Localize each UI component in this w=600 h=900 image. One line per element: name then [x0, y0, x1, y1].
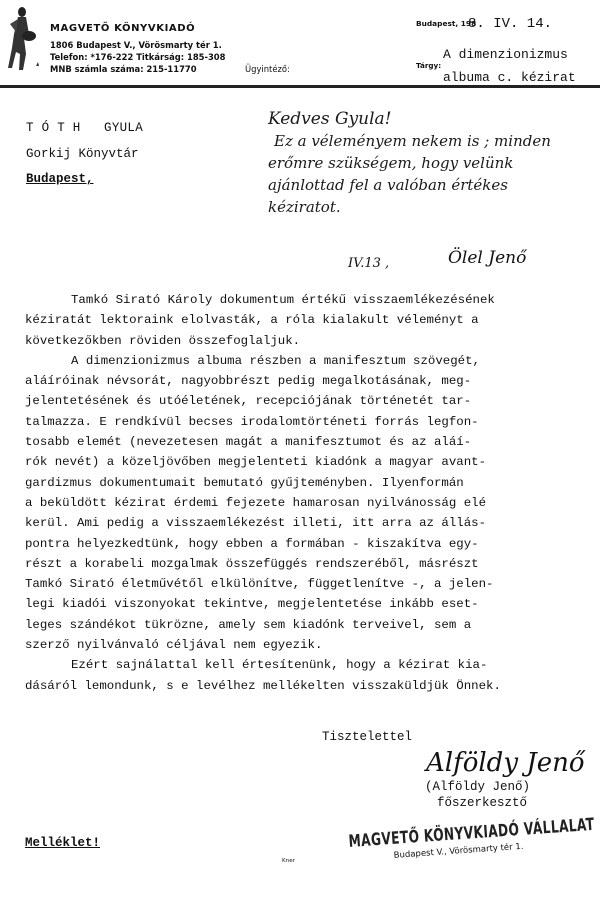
signer-title: főszerkesztő: [437, 796, 527, 810]
body-line: részt a korabeli mozgalmak összefüggés r…: [25, 554, 580, 574]
closing-salutation: Tisztelettel: [322, 730, 412, 744]
body-line: rók nevét) a közeljövőben megjelenteti k…: [25, 452, 580, 472]
body-paragraph: Ezért sajnálattal kell értesítenünk, hog…: [25, 655, 580, 696]
publisher-bank-account: MNB számla száma: 215-11770: [50, 64, 197, 74]
printer-mark: Kner: [282, 858, 295, 864]
body-line: szerző nyilvánvaló céljával nem egyezik.: [25, 635, 580, 655]
subject-line: albuma c. kézirat: [443, 70, 576, 85]
letterhead-divider: [0, 85, 600, 88]
recipient-name: T Ó T H GYULA: [26, 121, 143, 135]
body-paragraph: Tamkó Sirató Károly dokumentum értékű vi…: [25, 290, 580, 351]
note-line: ajánlottad fel a valóban értékes: [268, 174, 598, 196]
note-signature: Ölel Jenő: [448, 248, 526, 268]
publisher-stamp: MAGVETŐ KÖNYVKIADÓ VÁLLALAT Budapest V.,…: [348, 808, 600, 864]
handwritten-note: Kedves Gyula! Ez a véleményem nekem is ;…: [268, 108, 598, 218]
note-line: kéziratot.: [268, 196, 598, 218]
body-line: Tamkó Sirató Károly dokumentum értékű vi…: [71, 290, 580, 310]
recipient-city: Budapest,: [26, 172, 94, 186]
note-date: IV.13 ,: [348, 256, 389, 271]
case-officer-label: Ügyintéző:: [245, 64, 290, 74]
body-line: leges szándékot tükrözne, amely sem kiad…: [25, 615, 580, 635]
body-line: Tamkó Sirató életművétől elkülönítve, fü…: [25, 574, 580, 594]
enclosure-note: Melléklet!: [25, 836, 100, 850]
body-line: jelentetésének és utóéletének, recepciój…: [25, 391, 580, 411]
body-line: legi kiadói viszonyokat tekintve, megjel…: [25, 594, 580, 614]
body-line: dásáról lemondunk, s e levélhez mellékel…: [25, 676, 580, 696]
note-line: Ez a véleményem nekem is ; minden: [274, 130, 598, 152]
subject-line: A dimenzionizmus: [443, 47, 568, 62]
signer-name: (Alföldy Jenő): [425, 780, 530, 794]
publisher-name: MAGVETŐ KÖNYVKIADÓ: [50, 23, 195, 34]
recipient-organization: Gorkij Könyvtár: [26, 147, 139, 161]
publisher-phone: Telefon: *176-222 Titkárság: 185-308: [50, 52, 225, 62]
handwritten-signature: Alföldy Jenő: [426, 748, 585, 778]
subject-label: Tárgy:: [416, 61, 441, 70]
body-line: pontra helyezkedtünk, hogy ebben a formá…: [25, 534, 580, 554]
body-line: aláíróinak névsorát, nagyobbrészt pedig …: [25, 371, 580, 391]
body-line: tosabb elemét (nevezetesen magát a manif…: [25, 432, 580, 452]
body-line: A dimenzionizmus albuma részben a manife…: [71, 351, 580, 371]
body-paragraph: A dimenzionizmus albuma részben a manife…: [25, 351, 580, 655]
letter-date: 8. IV. 14.: [468, 16, 552, 32]
publisher-address: 1806 Budapest V., Vörösmarty tér 1.: [50, 40, 222, 50]
body-line: a beküldött kézirat érdemi fejezete hama…: [25, 493, 580, 513]
letter-body: Tamkó Sirató Károly dokumentum értékű vi…: [25, 290, 580, 696]
body-line: következőkben röviden összefoglaljuk.: [25, 331, 580, 351]
body-line: kéziratát lektoraink elolvasták, a róla …: [25, 310, 580, 330]
body-line: Ezért sajnálattal kell értesítenünk, hog…: [71, 655, 580, 675]
note-line: erőmre szükségem, hogy velünk: [268, 152, 598, 174]
sower-logo-icon: [2, 4, 44, 74]
note-greeting: Kedves Gyula!: [268, 108, 598, 130]
body-line: kerül. Ami pedig a visszaemlékezést ille…: [25, 513, 580, 533]
body-line: gardizmus dokumentumait bemutató gyűjtem…: [25, 473, 580, 493]
body-line: talmazza. E rendkívül becses irodalomtör…: [25, 412, 580, 432]
